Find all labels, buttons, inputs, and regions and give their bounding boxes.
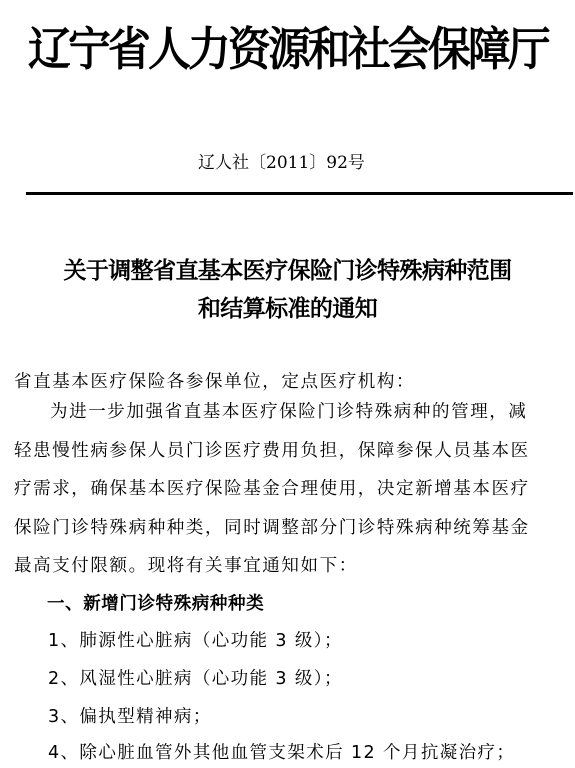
list-item: 1、肺源性心脏病（心功能 3 级）； [48,630,343,652]
document-title: 关于调整省直基本医疗保险门诊特殊病种范围 和结算标准的通知 [0,252,575,328]
title-line-1: 关于调整省直基本医疗保险门诊特殊病种范围 [0,252,575,290]
letterhead-divider [26,192,573,195]
paragraph-line: 疗需求，确保基本医疗保险基金合理使用，决定新增基本医疗 [14,479,562,499]
section-heading: 一、新增门诊特殊病种种类 [47,593,264,615]
paragraph-line: 保险门诊特殊病种种类，同时调整部分门诊特殊病种统筹基金 [14,518,562,538]
paragraph-line: 最高支付限额。现将有关事宜通知如下： [14,556,562,576]
list-item: 3、偏执型精神病； [48,706,212,728]
paragraph-line: 轻患慢性病参保人员门诊医疗费用负担，保障参保人员基本医 [14,441,562,461]
list-item: 2、风湿性心脏病（心功能 3 级）； [48,668,343,690]
salutation: 省直基本医疗保险各参保单位，定点医疗机构： [14,372,562,392]
title-line-2: 和结算标准的通知 [0,290,575,328]
letterhead-issuer: 辽宁省人力资源和社会保障厅 [28,18,535,80]
list-item: 4、除心脏血管外其他血管支架术后 12 个月抗凝治疗； [48,742,515,764]
document-number: 辽人社〔2011〕92号 [198,152,365,174]
paragraph-line: 为进一步加强省直基本医疗保险门诊特殊病种的管理，减 [50,402,575,422]
